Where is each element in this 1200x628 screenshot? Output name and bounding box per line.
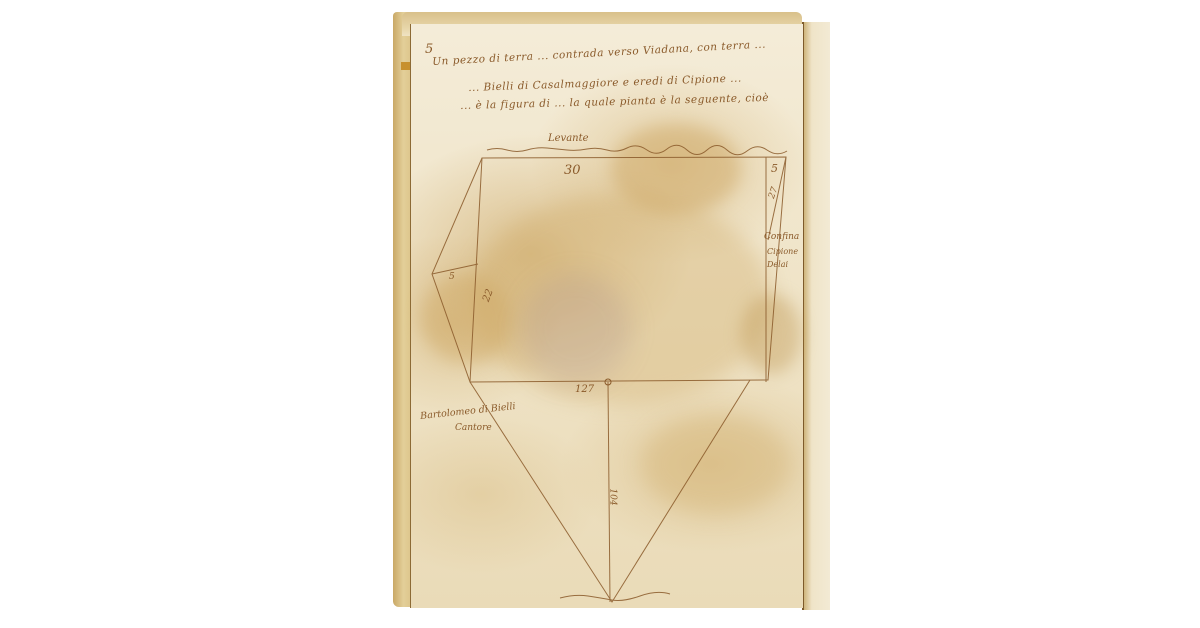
wavy-boundary-line [487, 145, 787, 155]
left-margin-note-2: Cantore [455, 423, 492, 433]
survey-diagram [0, 0, 1200, 628]
left-triangle [432, 158, 482, 382]
top-edge-measure: 30 [564, 163, 581, 178]
left-small-measure: 5 [449, 272, 455, 282]
right-corner-measure: 5 [771, 162, 778, 175]
right-margin-note-2: Cipione [767, 247, 798, 256]
vertical-center-measure: 104 [608, 488, 618, 505]
right-margin-note-1: Confina [764, 232, 799, 242]
manuscript-book: 5 Un pezzo di terra ... contrada verso V… [0, 0, 1200, 628]
right-margin-note-3: Delai [767, 260, 788, 269]
bottom-edge-measure: 127 [575, 384, 594, 395]
top-label: Levante [548, 133, 589, 144]
left-small-line [432, 264, 478, 274]
main-rectangle [470, 157, 786, 382]
